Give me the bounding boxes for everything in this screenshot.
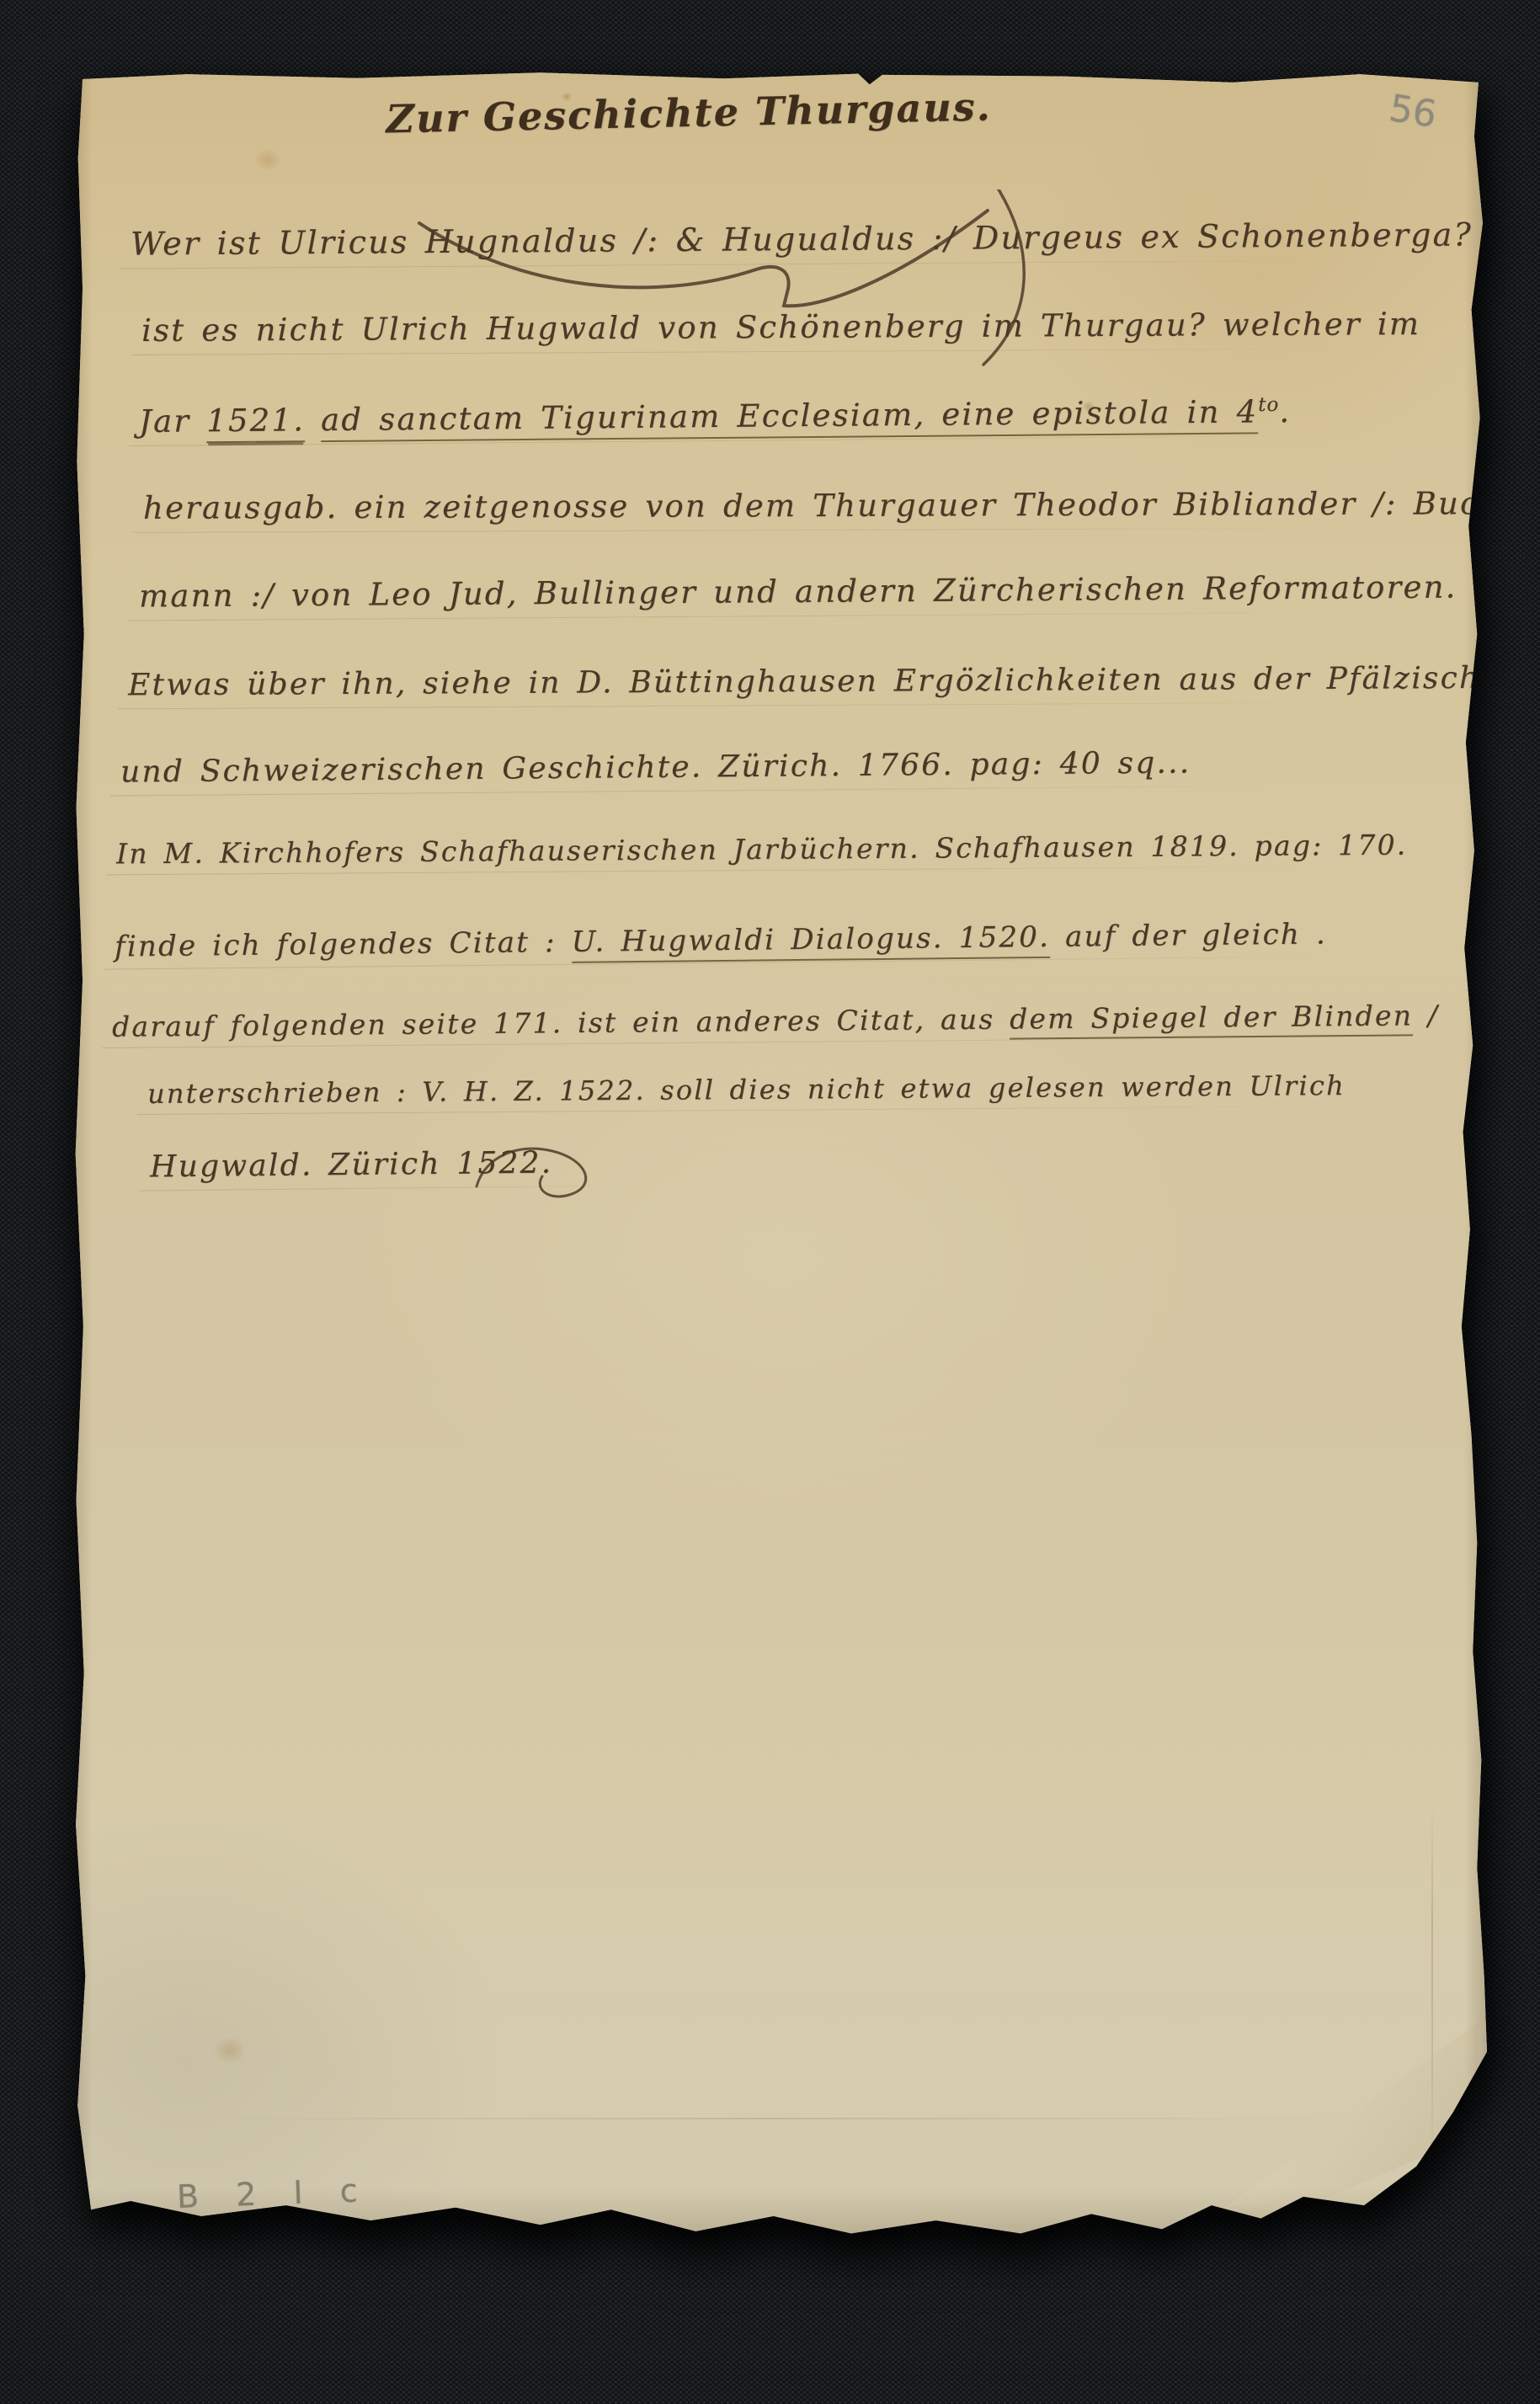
- handwritten-text: mann :/ von Leo Jud, Bullinger und ander…: [139, 569, 1457, 615]
- handwritten-text: auf der gleich .: [1050, 917, 1327, 953]
- paper-crease-horizontal: [175, 2118, 1354, 2119]
- handwritten-text: Jar: [139, 402, 207, 440]
- manuscript-line-9: finde ich folgendes Citat : U. Hugwaldi …: [115, 917, 1327, 963]
- manuscript-paper-wrap: Zur Geschichte Thurgaus. Wer ist Ulricus…: [74, 72, 1487, 2236]
- manuscript-line-10: darauf folgenden seite 171. ist ein ande…: [112, 999, 1439, 1043]
- handwritten-text: und Schweizerischen Geschichte. Zürich. …: [120, 745, 1191, 789]
- handwritten-text: ist es nicht Ulrich Hugwald von Schönenb…: [141, 306, 1420, 349]
- handwritten-text: herausgab. ein zeitgenosse von dem Thurg…: [143, 485, 1514, 526]
- manuscript-paper: Zur Geschichte Thurgaus. Wer ist Ulricus…: [74, 72, 1487, 2236]
- manuscript-line-11: unterschrieben : V. H. Z. 1522. soll die…: [147, 1069, 1346, 1110]
- underlined-text: U. Hugwaldi Dialogus. 1520.: [571, 920, 1050, 963]
- manuscript-line-1: Wer ist Ulricus Hugnaldus /: & Hugualdus…: [131, 216, 1473, 262]
- photo-of-manuscript: { "colors": { "background_fabric": "#141…: [0, 0, 1540, 2404]
- handwritten-text: Etwas über ihn, siehe in D. Büttinghause…: [128, 661, 1518, 703]
- handwritten-text: darauf folgenden seite 171. ist ein ande…: [112, 1003, 1010, 1043]
- handwritten-text: In M. Kirchhofers Schafhauserischen Jarb…: [116, 829, 1408, 871]
- manuscript-line-3: Jar 1521. ad sanctam Tigurinam Ecclesiam…: [139, 393, 1292, 440]
- manuscript-line-4: herausgab. ein zeitgenosse von dem Thurg…: [143, 485, 1514, 526]
- pencil-archive-mark: B 2 I c: [176, 2172, 371, 2215]
- manuscript-line-5: mann :/ von Leo Jud, Bullinger und ander…: [139, 569, 1457, 615]
- paper-crease-vertical: [1431, 1798, 1433, 2168]
- handwritten-text: unterschrieben : V. H. Z. 1522. soll die…: [147, 1069, 1346, 1110]
- handwritten-text: Hugwald. Zürich 1522.: [150, 1145, 553, 1184]
- handwritten-text: finde ich folgendes Citat :: [115, 925, 572, 964]
- handwritten-text: [305, 402, 321, 438]
- manuscript-line-8: In M. Kirchhofers Schafhauserischen Jarb…: [116, 829, 1408, 871]
- handwritten-text: Wer ist Ulricus Hugnaldus /: & Hugualdus…: [131, 216, 1473, 262]
- manuscript-line-12: Hugwald. Zürich 1522.: [150, 1145, 553, 1184]
- handwritten-text: to: [1258, 394, 1279, 416]
- paper-corner-fold: [1226, 2022, 1479, 2207]
- manuscript-line-7: und Schweizerischen Geschichte. Zürich. …: [120, 745, 1191, 789]
- pencil-page-number: 56: [1386, 87, 1439, 136]
- handwritten-text: .: [1279, 393, 1291, 429]
- underlined-text: 1521.: [206, 402, 305, 443]
- manuscript-title: Zur Geschichte Thurgaus.: [352, 83, 1026, 143]
- underlined-text: dem Spiegel der Blinden: [1010, 999, 1413, 1039]
- handwritten-text: /: [1413, 999, 1439, 1031]
- underlined-text: ad sanctam Tigurinam Ecclesiam, eine epi…: [321, 393, 1259, 442]
- manuscript-line-6: Etwas über ihn, siehe in D. Büttinghause…: [128, 661, 1518, 703]
- manuscript-line-2: ist es nicht Ulrich Hugwald von Schönenb…: [141, 306, 1420, 349]
